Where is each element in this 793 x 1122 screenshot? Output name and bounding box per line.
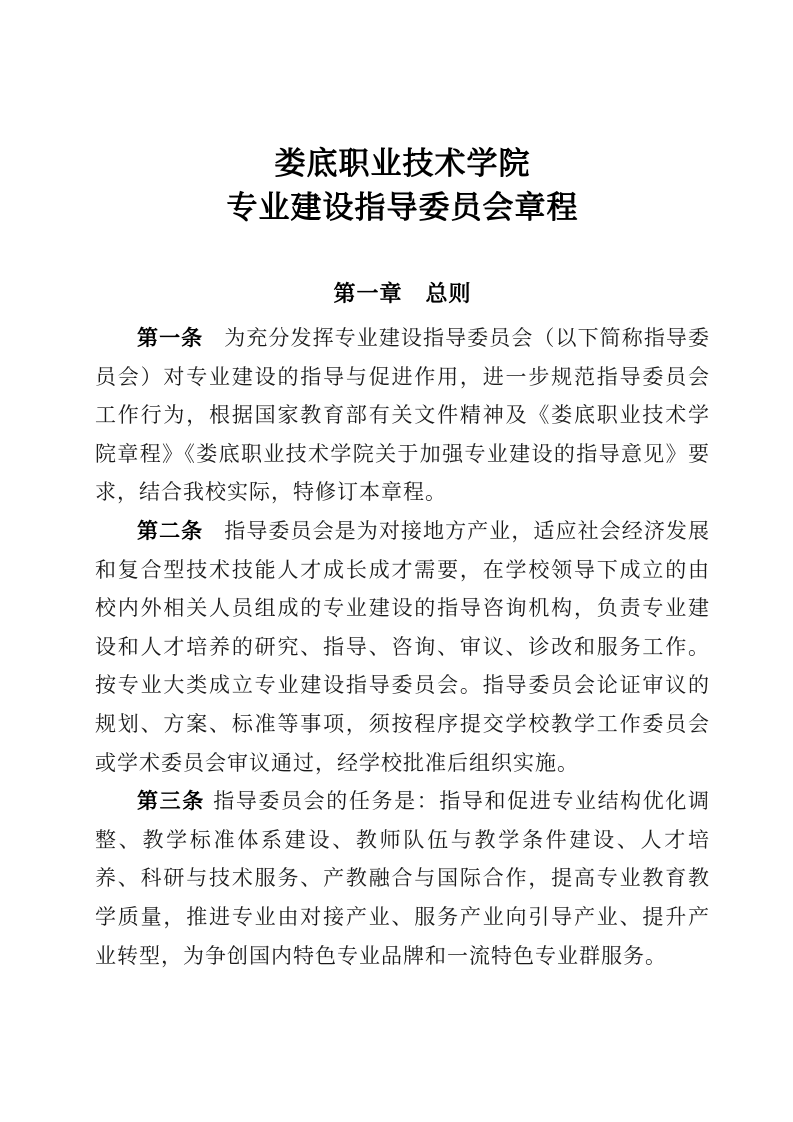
document-page: 娄底职业技术学院 专业建设指导委员会章程 第一章 总则 第一条为充分发挥专业建设… xyxy=(0,0,793,1122)
article-1-paragraph: 第一条为充分发挥专业建设指导委员会（以下简称指导委员会）对专业建设的指导与促进作… xyxy=(95,319,710,512)
document-content: 娄底职业技术学院 专业建设指导委员会章程 第一章 总则 第一条为充分发挥专业建设… xyxy=(0,0,793,975)
document-title-line-2: 专业建设指导委员会章程 xyxy=(95,188,710,228)
article-2-paragraph: 第二条指导委员会是为对接地方产业，适应社会经济发展和复合型技术技能人才成长成才需… xyxy=(95,512,710,782)
article-3-label: 第三条 xyxy=(137,789,205,813)
article-3-text: 指导委员会的任务是：指导和促进专业结构优化调整、教学标准体系建设、教师队伍与教学… xyxy=(95,789,710,967)
document-title-line-1: 娄底职业技术学院 xyxy=(95,144,710,184)
article-1-label: 第一条 xyxy=(137,326,203,350)
article-2-label: 第二条 xyxy=(137,519,203,543)
document-body: 第一条为充分发挥专业建设指导委员会（以下简称指导委员会）对专业建设的指导与促进作… xyxy=(95,319,710,975)
article-1-text: 为充分发挥专业建设指导委员会（以下简称指导委员会）对专业建设的指导与促进作用，进… xyxy=(95,326,710,504)
chapter-heading: 第一章 总则 xyxy=(95,278,710,310)
article-2-text: 指导委员会是为对接地方产业，适应社会经济发展和复合型技术技能人才成长成才需要，在… xyxy=(95,519,710,775)
article-3-paragraph: 第三条指导委员会的任务是：指导和促进专业结构优化调整、教学标准体系建设、教师队伍… xyxy=(95,782,710,975)
